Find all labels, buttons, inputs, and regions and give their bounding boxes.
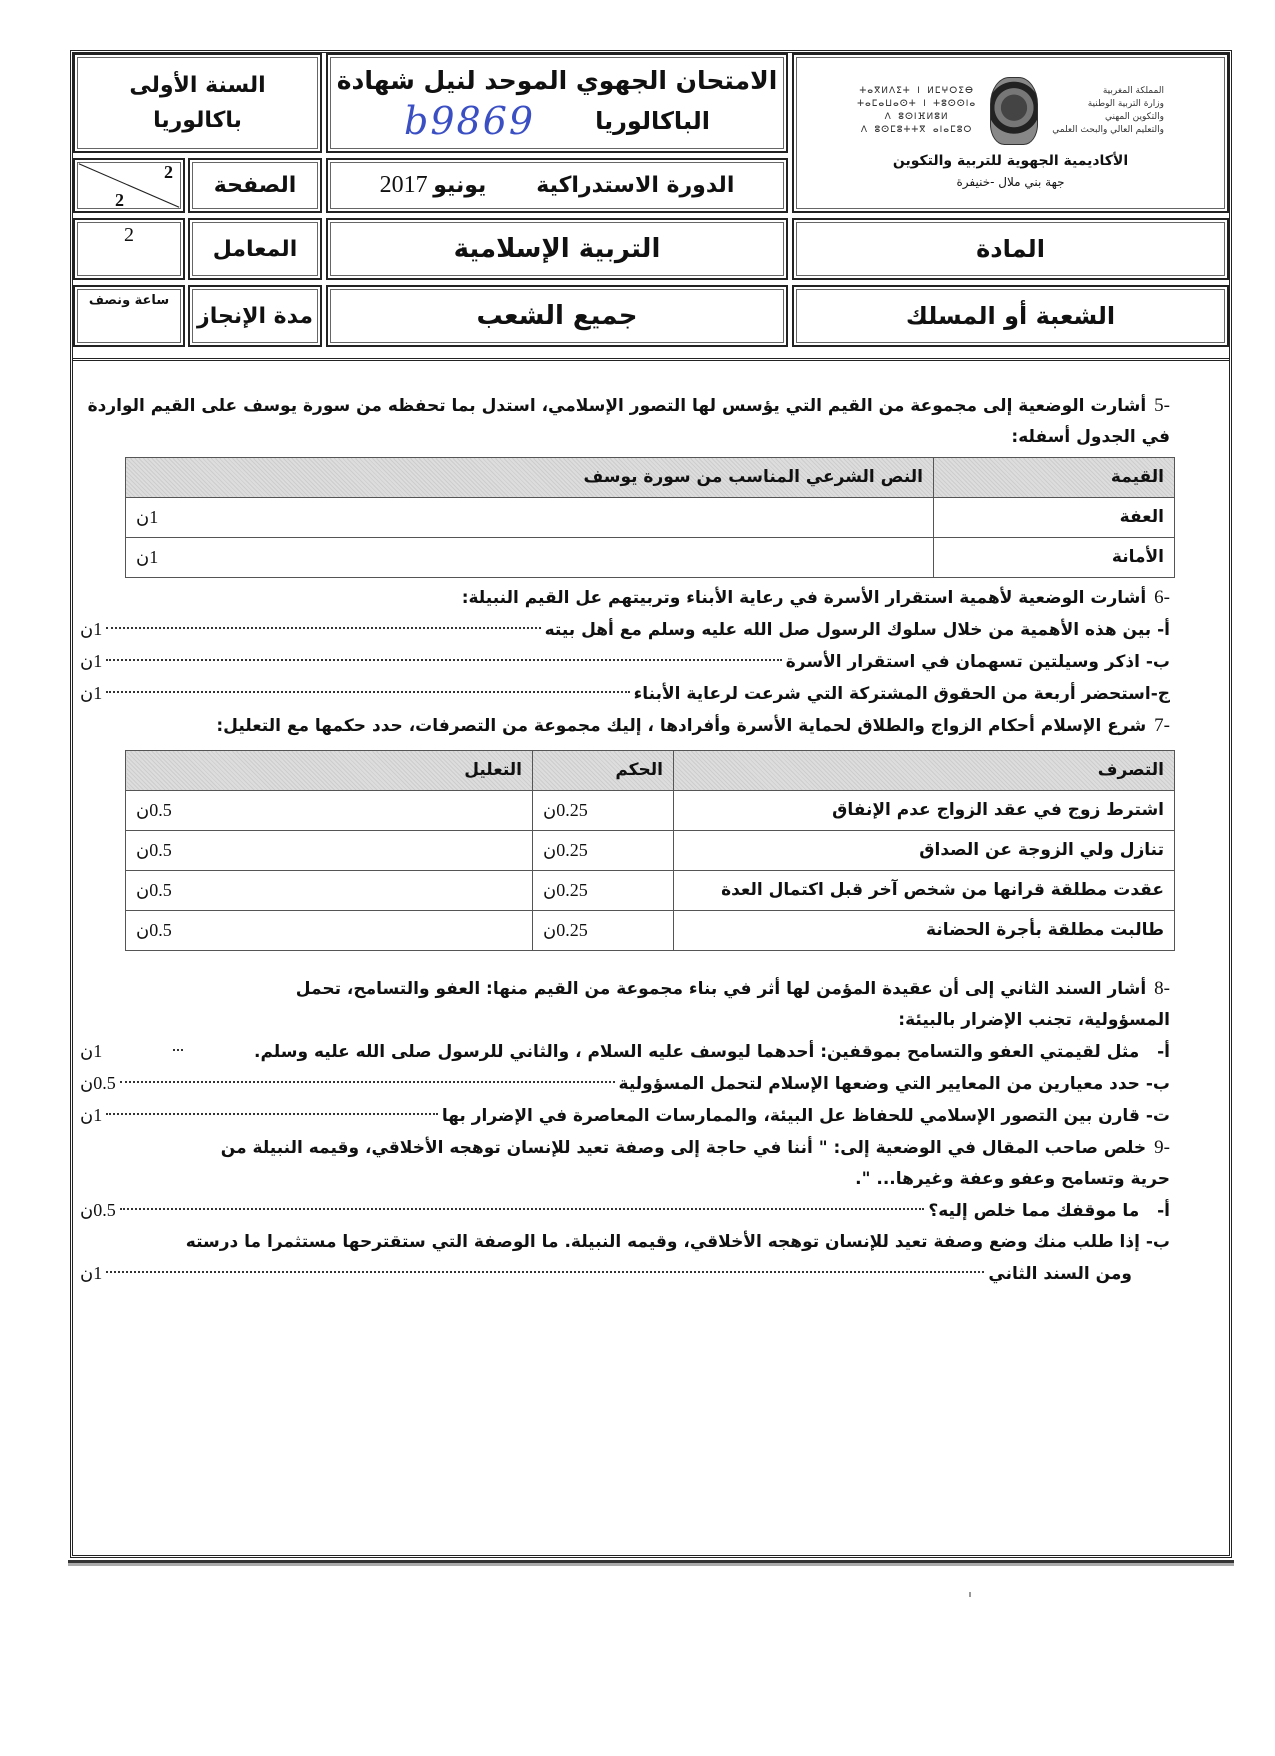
exam-title-baccalaureate: الباكالوريا	[595, 107, 710, 135]
item-points: 1ن	[80, 614, 102, 645]
item-text: استحضر أربعة من الحقوق المشتركة التي شرع…	[634, 684, 1151, 704]
question-number: -9	[1154, 1137, 1170, 1158]
question-9b-continuation: ومن السند الثاني 1ن	[80, 1258, 1170, 1290]
answer-line[interactable]	[106, 1113, 438, 1115]
ministry-logo-block: المملكة المغربية وزارة التربية الوطنية و…	[792, 53, 1229, 213]
question-5: -5أشارت الوضعية إلى مجموعة من القيم التي…	[80, 390, 1170, 453]
stream-value: جميع الشعب	[326, 285, 788, 347]
column-header: الحكم	[533, 751, 674, 791]
region-name: جهة بني ملال -خنيفرة	[956, 175, 1064, 189]
exam-title: الامتحان الجهوي الموحد لنيل شهادة	[337, 66, 778, 95]
question-text: خلص صاحب المقال في الوضعية إلى: " أننا ف…	[221, 1138, 1170, 1189]
reason-cell[interactable]: 0.5ن	[126, 831, 533, 871]
tifinagh-line: ⴷ ⵓⵙⵎⵓⵜⵜⴳ ⴰⵏⴰⵎⵓⵔ	[857, 124, 976, 137]
session-row: الدورة الاستدراكية يونيو 2017	[326, 158, 788, 213]
question-text: أشار السند الثاني إلى أن عقيدة المؤمن له…	[296, 979, 1170, 1030]
value-cell: العفة	[934, 498, 1175, 538]
item-points: 1ن	[80, 1258, 102, 1289]
table-row: تنازل ولي الزوجة عن الصداق 0.25ن 0.5ن	[126, 831, 1175, 871]
column-header: التعليل	[126, 751, 533, 791]
coefficient-value: 2	[73, 218, 185, 280]
item-points: 1ن	[80, 1036, 102, 1067]
answer-line[interactable]	[106, 1271, 984, 1273]
ruling-cell[interactable]: 0.25ن	[533, 791, 674, 831]
level-block: السنة الأولى باكالوريا	[73, 53, 322, 153]
tifinagh-line: ⴷ ⵓⵙⵏⴼⵍⵓⵍ	[857, 111, 976, 124]
item-points: 0.5ن	[80, 1195, 116, 1226]
table-header-row: القيمة النص الشرعي المناسب من سورة يوسف	[126, 458, 1175, 498]
exam-header: المملكة المغربية وزارة التربية الوطنية و…	[73, 53, 1229, 361]
question-8c: ت- قارن بين التصور الإسلامي للحفاظ عل ال…	[80, 1100, 1170, 1132]
item-label: ب-	[1146, 1232, 1170, 1252]
exam-title-block: الامتحان الجهوي الموحد لنيل شهادة الباكا…	[326, 53, 788, 153]
subject-value: التربية الإسلامية	[326, 218, 788, 280]
value-cell: الأمانة	[934, 538, 1175, 578]
session-year: 2017	[380, 172, 428, 198]
tifinagh-line: ⵜⴰⴳⵍⴷⵉⵜ ⵏ ⵍⵎⵖⵔⵉⴱ	[857, 85, 976, 98]
item-label: ج-	[1151, 684, 1170, 704]
tifinagh-line: ⵜⴰⵎⴰⵡⴰⵙⵜ ⵏ ⵜⵓⵙⵙⵏⴰ	[857, 98, 976, 111]
coefficient-label: المعامل	[188, 218, 322, 280]
exam-questions: -5أشارت الوضعية إلى مجموعة من القيم التي…	[80, 390, 1170, 1290]
item-text: حدد معيارين من المعايير التي وضعها الإسل…	[619, 1074, 1140, 1094]
ministry-line: المملكة المغربية	[1052, 85, 1164, 98]
column-header: النص الشرعي المناسب من سورة يوسف	[126, 458, 934, 498]
ministry-line: والتعليم العالي والبحث العلمي	[1052, 124, 1164, 137]
table-row: طالبت مطلقة بأجرة الحضانة 0.25ن 0.5ن	[126, 911, 1175, 951]
question-8a: أ- مثل لقيمتي العفو والتسامح بموقفين: أح…	[80, 1036, 1170, 1068]
item-text: ما موقفك مما خلص إليه؟	[928, 1201, 1139, 1221]
rulings-table: التصرف الحكم التعليل اشترط زوج في عقد ال…	[125, 750, 1175, 951]
act-cell: تنازل ولي الزوجة عن الصداق	[674, 831, 1175, 871]
item-label: أ-	[1157, 620, 1170, 640]
answer-line[interactable]	[106, 627, 540, 629]
item-label: ب-	[1146, 652, 1170, 672]
page-label: الصفحة	[188, 158, 322, 213]
ministry-tifinagh-names: ⵜⴰⴳⵍⴷⵉⵜ ⵏ ⵍⵎⵖⵔⵉⴱ ⵜⴰⵎⴰⵡⴰⵙⵜ ⵏ ⵜⵓⵙⵙⵏⴰ ⴷ ⵓⵙⵏ…	[857, 85, 976, 137]
item-text: إذا طلب منك وضع وصفة تعيد للإنسان توهجه …	[186, 1232, 1140, 1252]
duration-label: مدة الإنجاز	[188, 285, 322, 347]
question-8b: ب- حدد معيارين من المعايير التي وضعها ال…	[80, 1068, 1170, 1100]
subject-label: المادة	[792, 218, 1229, 280]
item-text: قارن بين التصور الإسلامي للحفاظ عل البيئ…	[442, 1106, 1140, 1126]
question-6: -6أشارت الوضعية لأهمية استقرار الأسرة في…	[80, 582, 1170, 614]
answer-line[interactable]	[120, 1081, 615, 1083]
column-header: التصرف	[674, 751, 1175, 791]
page-total: 2	[115, 190, 124, 211]
item-text: مثل لقيمتي العفو والتسامح بموقفين: أحدهم…	[254, 1042, 1139, 1062]
question-number: -7	[1154, 715, 1170, 736]
answer-cell[interactable]: 1ن	[126, 538, 934, 578]
question-text: أشارت الوضعية إلى مجموعة من القيم التي ي…	[88, 396, 1170, 447]
column-header: القيمة	[934, 458, 1175, 498]
item-label: ب-	[1146, 1074, 1170, 1094]
answer-line[interactable]	[120, 1208, 925, 1210]
item-text-continuation: ومن السند الثاني	[988, 1259, 1132, 1290]
table-row: عقدت مطلقة قرانها من شخص آخر قبل اكتمال …	[126, 871, 1175, 911]
ministry-line: والتكوين المهني	[1052, 111, 1164, 124]
act-cell: اشترط زوج في عقد الزواج عدم الإنفاق	[674, 791, 1175, 831]
reason-cell[interactable]: 0.5ن	[126, 791, 533, 831]
question-6c: ج-استحضر أربعة من الحقوق المشتركة التي ش…	[80, 678, 1170, 710]
page-current: 2	[164, 162, 173, 183]
duration-value: ساعة ونصف	[73, 285, 185, 347]
item-label: أ-	[1157, 1201, 1170, 1221]
act-cell: عقدت مطلقة قرانها من شخص آخر قبل اكتمال …	[674, 871, 1175, 911]
question-text: شرع الإسلام أحكام الزواج والطلاق لحماية …	[216, 716, 1146, 736]
question-9b: ب- إذا طلب منك وضع وصفة تعيد للإنسان توه…	[80, 1227, 1170, 1258]
session-month: يونيو	[433, 173, 486, 198]
question-9: -9خلص صاحب المقال في الوضعية إلى: " أننا…	[80, 1132, 1170, 1195]
item-points: 1ن	[80, 1100, 102, 1131]
academy-name: الأكاديمية الجهوية للتربية والتكوين	[893, 153, 1128, 169]
table-row: الأمانة 1ن	[126, 538, 1175, 578]
item-points: 0.5ن	[80, 1068, 116, 1099]
handwritten-code: b9869	[404, 99, 535, 143]
answer-line[interactable]	[106, 691, 629, 693]
reason-cell[interactable]: 0.5ن	[126, 871, 533, 911]
table-row: العفة 1ن	[126, 498, 1175, 538]
answer-line[interactable]	[106, 659, 782, 661]
page-fraction: 2 2	[73, 158, 185, 213]
table-header-row: التصرف الحكم التعليل	[126, 751, 1175, 791]
ruling-cell[interactable]: 0.25ن	[533, 831, 674, 871]
scan-speck	[969, 1592, 971, 1597]
item-text: اذكر وسيلتين تسهمان في استقرار الأسرة	[786, 652, 1140, 672]
item-label: ت-	[1146, 1106, 1170, 1126]
stream-label: الشعبة أو المسلك	[792, 285, 1229, 347]
answer-line[interactable]	[173, 1049, 183, 1051]
level-line-1: السنة الأولى	[129, 73, 265, 98]
item-text: بين هذه الأهمية من خلال سلوك الرسول صل ا…	[545, 620, 1152, 640]
table-row: اشترط زوج في عقد الزواج عدم الإنفاق 0.25…	[126, 791, 1175, 831]
item-points: 1ن	[80, 646, 102, 677]
item-label: أ-	[1157, 1042, 1170, 1062]
page-bottom-rule	[68, 1560, 1234, 1563]
reason-cell[interactable]: 0.5ن	[126, 911, 533, 951]
question-6b: ب- اذكر وسيلتين تسهمان في استقرار الأسرة…	[80, 646, 1170, 678]
question-text: أشارت الوضعية لأهمية استقرار الأسرة في ر…	[462, 588, 1146, 608]
item-points: 1ن	[80, 678, 102, 709]
ruling-cell[interactable]: 0.25ن	[533, 871, 674, 911]
values-table: القيمة النص الشرعي المناسب من سورة يوسف …	[125, 457, 1175, 578]
question-7: -7شرع الإسلام أحكام الزواج والطلاق لحماي…	[80, 710, 1170, 742]
coefficient-number: 2	[124, 224, 134, 247]
question-number: -8	[1154, 978, 1170, 999]
ministry-arabic-names: المملكة المغربية وزارة التربية الوطنية و…	[1052, 85, 1164, 137]
session-name: الدورة الاستدراكية	[536, 173, 734, 198]
question-6a: أ- بين هذه الأهمية من خلال سلوك الرسول ص…	[80, 614, 1170, 646]
question-8: -8أشار السند الثاني إلى أن عقيدة المؤمن …	[80, 973, 1170, 1036]
answer-cell[interactable]: 1ن	[126, 498, 934, 538]
moroccan-coat-of-arms-icon	[990, 77, 1038, 145]
ministry-line: وزارة التربية الوطنية	[1052, 98, 1164, 111]
question-number: -6	[1154, 587, 1170, 608]
question-9a: أ- ما موقفك مما خلص إليه؟ 0.5ن	[80, 1195, 1170, 1227]
act-cell: طالبت مطلقة بأجرة الحضانة	[674, 911, 1175, 951]
question-number: -5	[1154, 395, 1170, 416]
ruling-cell[interactable]: 0.25ن	[533, 911, 674, 951]
level-line-2: باكالوريا	[153, 108, 242, 133]
